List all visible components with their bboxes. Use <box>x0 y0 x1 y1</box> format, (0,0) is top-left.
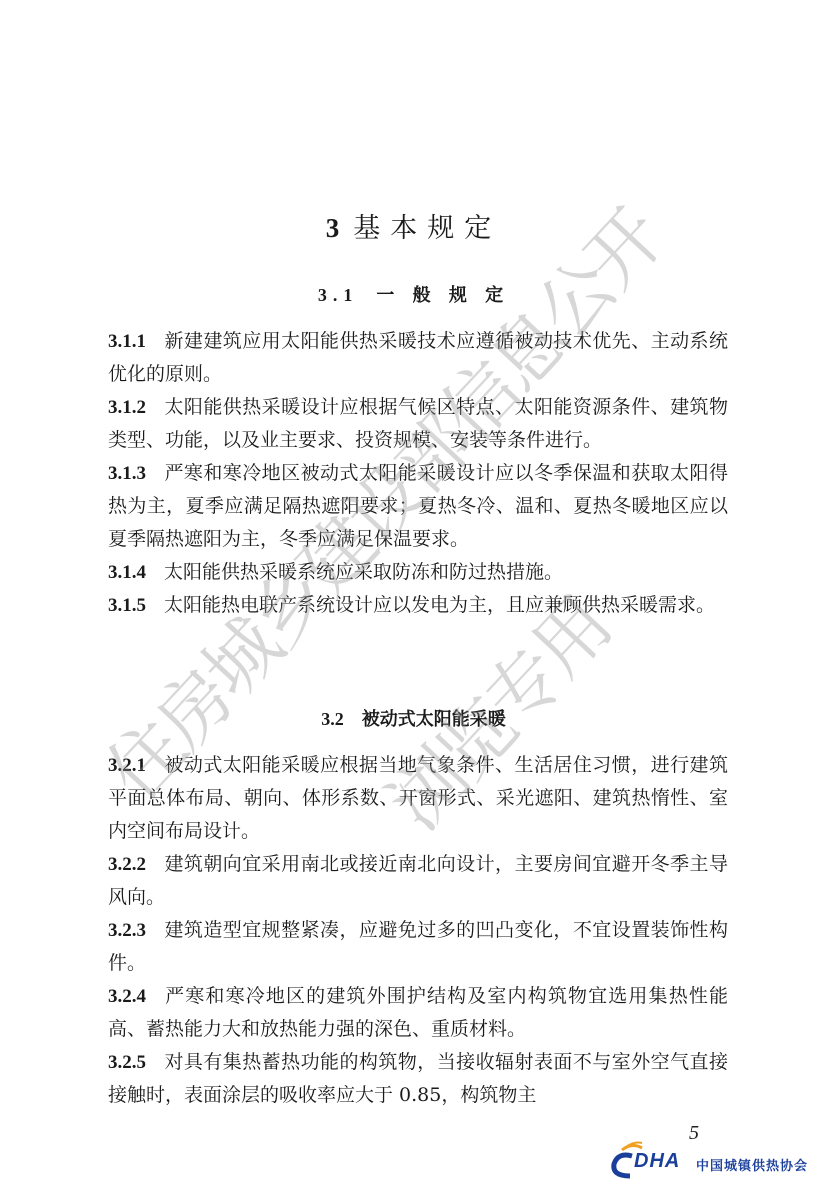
document-page: 3基本规定 3.1一 般 规 定 3.1.1新建建筑应用太阳能供热采暖技术应遵循… <box>0 0 827 1198</box>
publisher-logo: DHA 中国城镇供热协会 <box>608 1138 818 1188</box>
section-number: 3.2 <box>321 709 344 729</box>
clause-3-2-3: 3.2.3建筑造型宜规整紧凑，应避免过多的凹凸变化，不宜设置装饰性构件。 <box>108 914 728 980</box>
clause-number: 3.1.1 <box>108 331 146 352</box>
clause-text: 新建建筑应用太阳能供热采暖技术应遵循被动技术优先、主动系统优化的原则。 <box>108 330 728 385</box>
logo-org-name: 中国城镇供热协会 <box>696 1155 808 1174</box>
section-title-text: 一 般 规 定 <box>376 285 509 306</box>
section-title-3-2: 3.2被动式太阳能采暖 <box>0 705 827 731</box>
clause-3-1-4: 3.1.4太阳能供热采暖系统应采取防冻和防过热措施。 <box>108 556 728 589</box>
clause-3-1-3: 3.1.3严寒和寒冷地区被动式太阳能采暖设计应以冬季保温和获取太阳得热为主，夏季… <box>108 457 728 556</box>
clause-number: 3.2.1 <box>108 755 146 776</box>
clause-number: 3.2.2 <box>108 854 146 875</box>
clause-text: 建筑造型宜规整紧凑，应避免过多的凹凸变化，不宜设置装饰性构件。 <box>108 919 728 974</box>
clause-number: 3.2.4 <box>108 986 146 1007</box>
clause-text: 被动式太阳能采暖应根据当地气象条件、生活居住习惯，进行建筑平面总体布局、朝向、体… <box>108 754 728 842</box>
logo-abbr: DHA <box>634 1150 680 1173</box>
clause-text: 太阳能供热采暖系统应采取防冻和防过热措施。 <box>164 561 563 583</box>
clause-number: 3.1.3 <box>108 463 146 484</box>
chapter-title: 3基本规定 <box>0 206 827 245</box>
clause-text: 太阳能热电联产系统设计应以发电为主，且应兼顾供热采暖需求。 <box>164 594 715 616</box>
chapter-title-text: 基本规定 <box>353 213 501 244</box>
clause-3-2-5: 3.2.5对具有集热蓄热功能的构筑物，当接收辐射表面不与室外空气直接接触时，表面… <box>108 1046 728 1112</box>
clause-text: 太阳能供热采暖设计应根据气候区特点、太阳能资源条件、建筑物类型、功能，以及业主要… <box>108 396 728 451</box>
clause-number: 3.2.3 <box>108 920 146 941</box>
clause-text: 严寒和寒冷地区的建筑外围护结构及室内构筑物宜选用集热性能高、蓄热能力大和放热能力… <box>108 985 728 1040</box>
clause-3-2-4: 3.2.4严寒和寒冷地区的建筑外围护结构及室内构筑物宜选用集热性能高、蓄热能力大… <box>108 980 728 1046</box>
clause-3-2-2: 3.2.2建筑朝向宜采用南北或接近南北向设计，主要房间宜避开冬季主导风向。 <box>108 848 728 914</box>
section-3-1-clauses: 3.1.1新建建筑应用太阳能供热采暖技术应遵循被动技术优先、主动系统优化的原则。… <box>108 325 728 622</box>
clause-number: 3.2.5 <box>108 1052 146 1073</box>
clause-text: 严寒和寒冷地区被动式太阳能采暖设计应以冬季保温和获取太阳得热为主，夏季应满足隔热… <box>108 462 728 550</box>
clause-number: 3.1.2 <box>108 397 146 418</box>
clause-3-1-1: 3.1.1新建建筑应用太阳能供热采暖技术应遵循被动技术优先、主动系统优化的原则。 <box>108 325 728 391</box>
clause-text: 建筑朝向宜采用南北或接近南北向设计，主要房间宜避开冬季主导风向。 <box>108 853 728 908</box>
clause-3-1-2: 3.1.2太阳能供热采暖设计应根据气候区特点、太阳能资源条件、建筑物类型、功能，… <box>108 391 728 457</box>
clause-number: 3.1.5 <box>108 595 146 616</box>
clause-3-1-5: 3.1.5太阳能热电联产系统设计应以发电为主，且应兼顾供热采暖需求。 <box>108 589 728 622</box>
section-3-2-clauses: 3.2.1被动式太阳能采暖应根据当地气象条件、生活居住习惯，进行建筑平面总体布局… <box>108 749 728 1112</box>
chapter-number: 3 <box>326 213 340 243</box>
clause-number: 3.1.4 <box>108 562 146 583</box>
section-number: 3.1 <box>318 285 359 305</box>
section-title-3-1: 3.1一 般 规 定 <box>0 281 827 307</box>
clause-text: 对具有集热蓄热功能的构筑物，当接收辐射表面不与室外空气直接接触时，表面涂层的吸收… <box>108 1051 728 1106</box>
section-title-text: 被动式太阳能采暖 <box>362 709 506 730</box>
clause-3-2-1: 3.2.1被动式太阳能采暖应根据当地气象条件、生活居住习惯，进行建筑平面总体布局… <box>108 749 728 848</box>
